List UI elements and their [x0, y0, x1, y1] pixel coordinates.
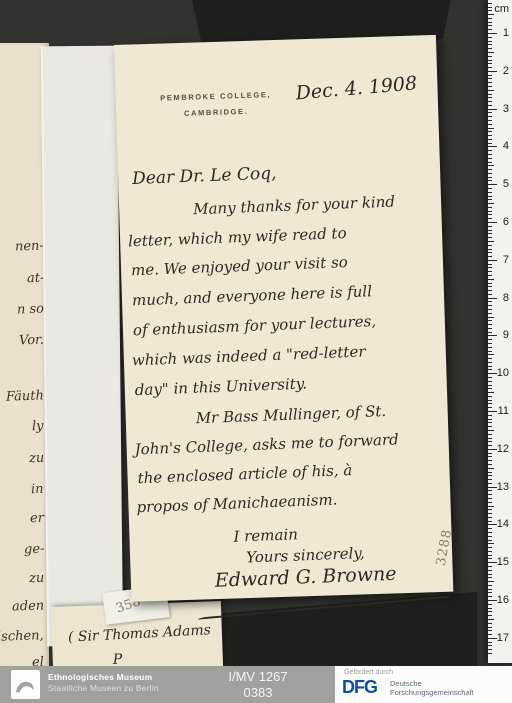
ruler-tick [488, 105, 492, 106]
ruler-tick [488, 566, 492, 567]
ruler-tick [488, 67, 492, 68]
ruler-tick [488, 521, 492, 522]
handwriting-fragment: n so [17, 302, 45, 318]
ruler-tick [488, 124, 492, 125]
ruler-tick [488, 335, 497, 336]
ruler-tick [488, 411, 497, 412]
ruler-tick [488, 10, 492, 11]
funding-label: Gefördert durch [344, 669, 393, 676]
ruler-tick [488, 271, 492, 272]
ruler-number: 12 [497, 444, 509, 455]
footer-bar: Ethnologisches Museum Staatliche Museen … [0, 666, 512, 703]
ruler-tick [488, 623, 492, 624]
ruler-tick [488, 483, 492, 484]
ruler-tick [488, 25, 492, 26]
ruler-tick [488, 487, 497, 488]
ruler-tick [488, 249, 492, 250]
ruler-tick [488, 653, 492, 654]
ruler-number: 2 [503, 66, 509, 77]
ruler-tick [488, 184, 497, 185]
ruler: cm 1234567891011121314151617 [488, 0, 512, 663]
ruler-tick [488, 468, 494, 469]
museum-name: Ethnologisches Museum [48, 672, 152, 682]
ruler-tick [488, 464, 492, 465]
handwriting-fragment: zu [29, 451, 45, 467]
ruler-number: 13 [497, 482, 509, 493]
ruler-tick [488, 97, 492, 98]
ruler-tick [488, 472, 492, 473]
ruler-tick [488, 63, 492, 64]
handwriting-fragment: ischen, [0, 628, 44, 645]
digitized-letter-viewer: nen-at-n soVor.Fäuthlyzuinerge-zuadenisc… [0, 0, 512, 703]
handwriting-fragment: in [31, 482, 44, 497]
ruler-tick [488, 143, 492, 144]
letterhead-college: PEMBROKE COLLEGE, [116, 89, 316, 104]
ruler-tick [488, 434, 492, 435]
ruler-tick [488, 494, 492, 495]
letterhead: PEMBROKE COLLEGE, CAMBRIDGE. [116, 89, 317, 120]
ruler-tick [488, 222, 497, 223]
ruler-tick [488, 305, 492, 306]
ruler-tick [488, 570, 492, 571]
ruler-tick [488, 120, 492, 121]
ruler-tick [488, 339, 492, 340]
ruler-tick [488, 369, 492, 370]
ruler-tick [488, 294, 492, 295]
ruler-tick [488, 313, 492, 314]
ruler-tick [488, 558, 492, 559]
ruler-number: 15 [497, 557, 509, 568]
ruler-tick [488, 585, 492, 586]
ruler-tick [488, 400, 492, 401]
letter-line: propos of Manichaeanism. [136, 491, 338, 517]
museum-logo [11, 670, 40, 699]
ruler-tick [488, 320, 492, 321]
ruler-tick [488, 453, 492, 454]
ruler-tick [488, 86, 492, 87]
ruler-tick [488, 29, 492, 30]
ruler-tick [488, 362, 492, 363]
inventory-id: I/MV 1267 [198, 669, 318, 684]
letter-salutation: Dear Dr. Le Coq, [132, 163, 277, 189]
handwriting-fragment: nen- [15, 239, 44, 255]
handwriting-fragment: zu [29, 571, 45, 587]
ruler-tick [488, 237, 492, 238]
ruler-tick [488, 165, 494, 166]
ruler-tick [488, 14, 494, 15]
ruler-tick [488, 638, 497, 639]
ruler-tick [488, 634, 492, 635]
ruler-tick [488, 139, 492, 140]
ruler-tick [488, 56, 492, 57]
handwriting-fragment: ge- [23, 542, 44, 558]
letter-date: Dec. 4. 1908 [295, 72, 418, 104]
ruler-tick [488, 328, 492, 329]
ruler-tick [488, 218, 492, 219]
ruler-tick [488, 203, 494, 204]
ruler-number: 5 [503, 179, 509, 190]
ruler-tick [488, 275, 492, 276]
ruler-tick [488, 354, 494, 355]
ruler-tick [488, 146, 497, 147]
ruler-tick [488, 48, 492, 49]
ruler-tick [488, 245, 492, 246]
ruler-tick [488, 267, 492, 268]
ruler-number: 8 [503, 293, 509, 304]
ruler-tick [488, 180, 492, 181]
ruler-tick [488, 396, 492, 397]
letter-signature: Edward G. Browne [214, 563, 396, 592]
ruler-tick [488, 177, 492, 178]
ruler-tick [488, 438, 492, 439]
ruler-tick [488, 358, 492, 359]
ruler-tick [488, 226, 492, 227]
ruler-tick [488, 75, 492, 76]
ruler-number: 16 [497, 595, 509, 606]
ruler-tick [488, 173, 492, 174]
ruler-number: 17 [497, 633, 509, 644]
ruler-tick [488, 256, 492, 257]
ruler-tick [488, 116, 492, 117]
ruler-tick [488, 135, 492, 136]
ruler-tick [488, 41, 492, 42]
ruler-tick [488, 600, 497, 601]
ruler-tick [488, 592, 492, 593]
ruler-tick [488, 52, 494, 53]
ruler-tick [488, 366, 492, 367]
ruler-tick [488, 445, 492, 446]
ruler-tick [488, 233, 492, 234]
handwriting-fragment: Vor. [19, 333, 44, 349]
letter-line: day" in this University. [135, 375, 308, 400]
ruler-tick [488, 645, 492, 646]
ruler-tick [488, 426, 492, 427]
ruler-tick [488, 196, 492, 197]
wave-icon [11, 686, 40, 703]
inventory-number: I/MV 1267 0383 [198, 666, 318, 703]
ruler-tick [488, 214, 492, 215]
ruler-tick [488, 373, 497, 374]
ruler-tick [488, 260, 497, 261]
ruler-tick [488, 188, 492, 189]
ruler-tick [488, 615, 492, 616]
letter-line: the enclosed article of his, à [137, 461, 352, 487]
ruler-tick [488, 589, 492, 590]
ruler-tick [488, 286, 492, 287]
ruler-tick [488, 642, 492, 643]
ruler-tick [488, 475, 492, 476]
ruler-tick [488, 377, 492, 378]
ruler-tick [488, 3, 492, 4]
ruler-tick [488, 604, 492, 605]
ruler-tick [488, 611, 492, 612]
ruler-tick [488, 332, 492, 333]
ruler-tick [488, 82, 492, 83]
letter-closing-line: Yours sincerely, [246, 544, 365, 567]
letter-line: Mr Bass Mullinger, of St. [195, 402, 386, 427]
underlying-page-strip [41, 46, 123, 647]
ruler-tick [488, 479, 492, 480]
ruler-tick [488, 71, 497, 72]
ruler-tick [488, 78, 492, 79]
funder-name-line1: Deutsche [390, 679, 474, 688]
ruler-tick [488, 154, 492, 155]
ruler-tick [488, 169, 492, 170]
ruler-tick [488, 264, 492, 265]
ruler-tick [488, 150, 492, 151]
letter-line: me. We enjoyed your visit so [131, 253, 348, 279]
ruler-tick [488, 101, 492, 102]
letterhead-city: CAMBRIDGE. [116, 105, 316, 120]
ruler-tick [488, 460, 492, 461]
ruler-tick [488, 449, 497, 450]
funding-box: Gefördert durch DFG Deutsche Forschungsg… [335, 666, 512, 703]
ruler-tick [488, 506, 494, 507]
ruler-tick [488, 430, 494, 431]
ruler-tick [488, 528, 492, 529]
ruler-tick [488, 536, 492, 537]
ruler-tick [488, 109, 497, 110]
ruler-number: 14 [497, 519, 509, 530]
letter-line: John's College, asks me to forward [134, 430, 399, 458]
ruler-tick [488, 128, 494, 129]
ruler-tick [488, 441, 492, 442]
ruler-tick [488, 407, 492, 408]
ruler-tick [488, 415, 492, 416]
ruler-number: 10 [497, 368, 509, 379]
letter-line: much, and everyone here is full [132, 282, 373, 309]
ruler-tick [488, 112, 492, 113]
ruler-tick [488, 385, 492, 386]
ruler-tick [488, 301, 492, 302]
ruler-tick [488, 555, 492, 556]
ruler-tick [488, 381, 492, 382]
ruler-tick [488, 562, 497, 563]
ruler-tick [488, 627, 492, 628]
ruler-tick [488, 419, 492, 420]
ruler-tick [488, 577, 492, 578]
ruler-tick [488, 33, 497, 34]
ruler-tick [488, 543, 494, 544]
ruler-tick [488, 547, 492, 548]
ruler-tick [488, 162, 492, 163]
ruler-tick [488, 540, 492, 541]
ruler-number: 7 [503, 255, 509, 266]
ruler-tick [488, 192, 492, 193]
ruler-tick [488, 207, 492, 208]
ruler-tick [488, 37, 492, 38]
ruler-tick [488, 158, 492, 159]
ruler-tick [488, 574, 492, 575]
handwriting-fragment: aden [12, 598, 45, 614]
letter-line: of enthusiasm for your lectures, [133, 312, 377, 339]
ruler-tick [488, 241, 494, 242]
ruler-tick [488, 230, 492, 231]
letter-closing-line: I remain [233, 525, 298, 545]
ruler-tick [488, 596, 492, 597]
handwriting-fragment: at- [26, 271, 44, 287]
ruler-tick [488, 290, 492, 291]
ruler-tick [488, 90, 494, 91]
ruler-tick [488, 7, 492, 8]
ruler-tick [488, 392, 494, 393]
ruler-tick [488, 517, 492, 518]
ruler-tick [488, 252, 492, 253]
ruler-tick [488, 422, 492, 423]
ruler-number: 3 [503, 104, 509, 115]
letter-line: Many thanks for your kind [193, 193, 395, 219]
handwriting-fragment: Fäuth [6, 388, 44, 404]
ruler-tick [488, 60, 492, 61]
ruler-tick [488, 298, 497, 299]
ruler-tick [488, 351, 492, 352]
ruler-tick [488, 22, 492, 23]
handwriting-fragment: ly [32, 419, 44, 434]
ruler-tick [488, 309, 492, 310]
ruler-tick [488, 94, 492, 95]
ruler-tick [488, 456, 492, 457]
pencil-number-right: 3288 [434, 528, 455, 567]
ruler-tick [488, 524, 497, 525]
ruler-tick [488, 608, 492, 609]
ruler-tick [488, 532, 492, 533]
ruler-tick [488, 551, 492, 552]
dfg-logo: DFG [342, 677, 377, 698]
ruler-tick [488, 283, 492, 284]
ruler-tick [488, 630, 492, 631]
funder-name-line2: Forschungsgemeinschaft [390, 688, 474, 697]
museum-organization: Staatliche Museen zu Berlin [48, 683, 159, 693]
ruler-tick [488, 490, 492, 491]
ruler-tick [488, 317, 494, 318]
ruler-tick [488, 211, 492, 212]
ruler-tick [488, 502, 492, 503]
ruler-tick [488, 388, 492, 389]
ruler-tick [488, 581, 494, 582]
ruler-tick [488, 403, 492, 404]
ruler-tick [488, 44, 492, 45]
ruler-tick [488, 18, 492, 19]
ruler-unit-label: cm [494, 3, 509, 15]
ruler-tick [488, 347, 492, 348]
ruler-number: 11 [498, 406, 509, 417]
inventory-page: 0383 [198, 685, 318, 700]
ruler-tick [488, 513, 492, 514]
ruler-number: 1 [503, 28, 509, 39]
ruler-number: 4 [503, 141, 509, 152]
ruler-number: 6 [503, 217, 509, 228]
ruler-tick [488, 279, 494, 280]
letter-page: PEMBROKE COLLEGE, CAMBRIDGE. Dec. 4. 190… [114, 35, 453, 602]
ruler-tick [488, 509, 492, 510]
ruler-number: 9 [503, 330, 509, 341]
ruler-tick [488, 343, 492, 344]
bottom-sheet-annotation: ( Sir Thomas Adams [68, 622, 212, 645]
ruler-tick [488, 131, 492, 132]
ruler-tick [488, 324, 492, 325]
handwriting-fragment: er [30, 511, 44, 526]
ruler-tick [488, 649, 492, 650]
ruler-tick [488, 498, 492, 499]
ruler-tick [488, 619, 494, 620]
ruler-tick [488, 199, 492, 200]
letter-line: letter, which my wife read to [128, 224, 347, 250]
letter-line: which was indeed a "red-letter [132, 342, 366, 369]
funder-name: Deutsche Forschungsgemeinschaft [390, 679, 474, 697]
